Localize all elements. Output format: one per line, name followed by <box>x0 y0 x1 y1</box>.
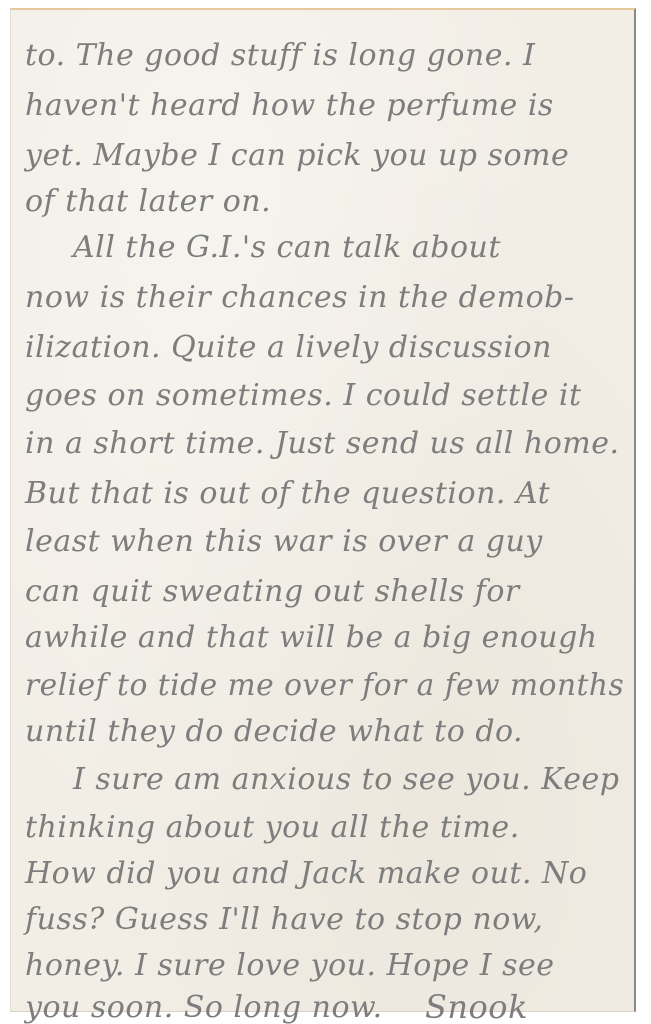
letter-line: least when this war is over a guy <box>25 524 543 559</box>
letter-line: of that later on. <box>25 184 271 219</box>
letter-line: awhile and that will be a big enough <box>25 620 598 655</box>
letter-line: can quit sweating out shells for <box>25 574 520 609</box>
letter-line: until they do decide what to do. <box>25 714 523 749</box>
letter-line: How did you and Jack make out. No <box>25 856 587 891</box>
letter-line: ilization. Quite a lively discussion <box>25 330 552 365</box>
letter-line: I sure am anxious to see you. Keep <box>73 762 619 797</box>
letter-line: But that is out of the question. At <box>25 476 550 511</box>
letter-line: fuss? Guess I'll have to stop now, <box>25 902 543 937</box>
letter-line: yet. Maybe I can pick you up some <box>25 138 569 173</box>
letter-line: to. The good stuff is long gone. I <box>25 38 535 73</box>
letter-line: haven't heard how the perfume is <box>25 88 554 123</box>
letter-line: you soon. So long now. <box>25 990 383 1024</box>
signature: Snook <box>425 988 528 1024</box>
letter-page: to. The good stuff is long gone. I haven… <box>10 8 636 1012</box>
letter-line: goes on sometimes. I could settle it <box>25 378 582 413</box>
letter-line: honey. I sure love you. Hope I see <box>25 948 555 983</box>
letter-line: relief to tide me over for a few months <box>25 668 624 703</box>
letter-line: thinking about you all the time. <box>25 810 520 845</box>
letter-line: All the G.I.'s can talk about <box>73 230 501 265</box>
letter-line: now is their chances in the demob- <box>25 280 574 315</box>
letter-line: in a short time. Just send us all home. <box>25 426 620 461</box>
